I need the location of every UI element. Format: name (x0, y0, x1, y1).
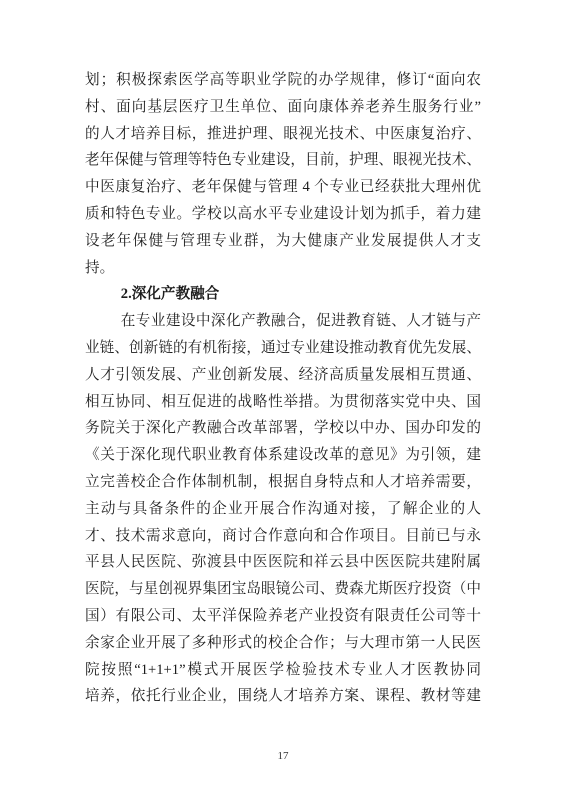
body-text-line: 质和特色专业。学校以高水平专业建设计划为抓手，着力建 (85, 201, 481, 228)
body-text-line: 人才引领发展、产业创新发展、经济高质量发展相互贯通、 (85, 362, 481, 389)
body-text-line: 老年保健与管理等特色专业建设，目前，护理、眼视光技术、 (85, 147, 481, 174)
body-text-line: 国）有限公司、太平洋保险养老产业投资有限责任公司等十 (85, 603, 481, 630)
body-text-line: 才、技术需求意向，商讨合作意向和合作项目。目前已与永 (85, 523, 481, 550)
body-text-line: 持。 (85, 255, 481, 282)
body-text-line: 务院关于深化产教融合改革部署，学校以中办、国办印发的 (85, 415, 481, 442)
body-text-line: 村、面向基层医疗卫生单位、面向康体养老养生服务行业” (85, 94, 481, 121)
body-text-line: 中医康复治疗、老年保健与管理 4 个专业已经获批大理州优 (85, 174, 481, 201)
document-page: 划；积极探索医学高等职业学院的办学规律，修订“面向农村、面向基层医疗卫生单位、面… (0, 0, 566, 800)
body-text-line: 院按照“1+1+1”模式开展医学检验技术专业人才医教协同 (85, 657, 481, 684)
body-text-line: 培养，依托行业企业，围绕人才培养方案、课程、教材等建 (85, 683, 481, 710)
body-text-line: 平县人民医院、弥渡县中医医院和祥云县中医医院共建附属 (85, 549, 481, 576)
document-body: 划；积极探索医学高等职业学院的办学规律，修订“面向农村、面向基层医疗卫生单位、面… (85, 67, 481, 710)
body-text-line: 《关于深化现代职业教育体系建设改革的意见》为引领，建 (85, 442, 481, 469)
body-text-line: 主动与具备条件的企业开展合作沟通对接，了解企业的人 (85, 496, 481, 523)
body-text-line: 相互协同、相互促进的战略性举措。为贯彻落实党中央、国 (85, 389, 481, 416)
page-number: 17 (278, 750, 289, 762)
page-footer: 17 (0, 746, 566, 764)
body-text-line: 医院，与星创视界集团宝岛眼镜公司、费森尤斯医疗投资（中 (85, 576, 481, 603)
body-text-line: 设老年保健与管理专业群，为大健康产业发展提供人才支 (85, 228, 481, 255)
section-heading: 2.深化产教融合 (85, 281, 481, 308)
body-text-line: 在专业建设中深化产教融合，促进教育链、人才链与产 (85, 308, 481, 335)
body-text-line: 业链、创新链的有机衔接，通过专业建设推动教育优先发展、 (85, 335, 481, 362)
body-text-line: 划；积极探索医学高等职业学院的办学规律，修订“面向农 (85, 67, 481, 94)
body-text-line: 余家企业开展了多种形式的校企合作；与大理市第一人民医 (85, 630, 481, 657)
body-text-line: 的人才培养目标，推进护理、眼视光技术、中医康复治疗、 (85, 121, 481, 148)
body-text-line: 立完善校企合作体制机制，根据自身特点和人才培养需要， (85, 469, 481, 496)
